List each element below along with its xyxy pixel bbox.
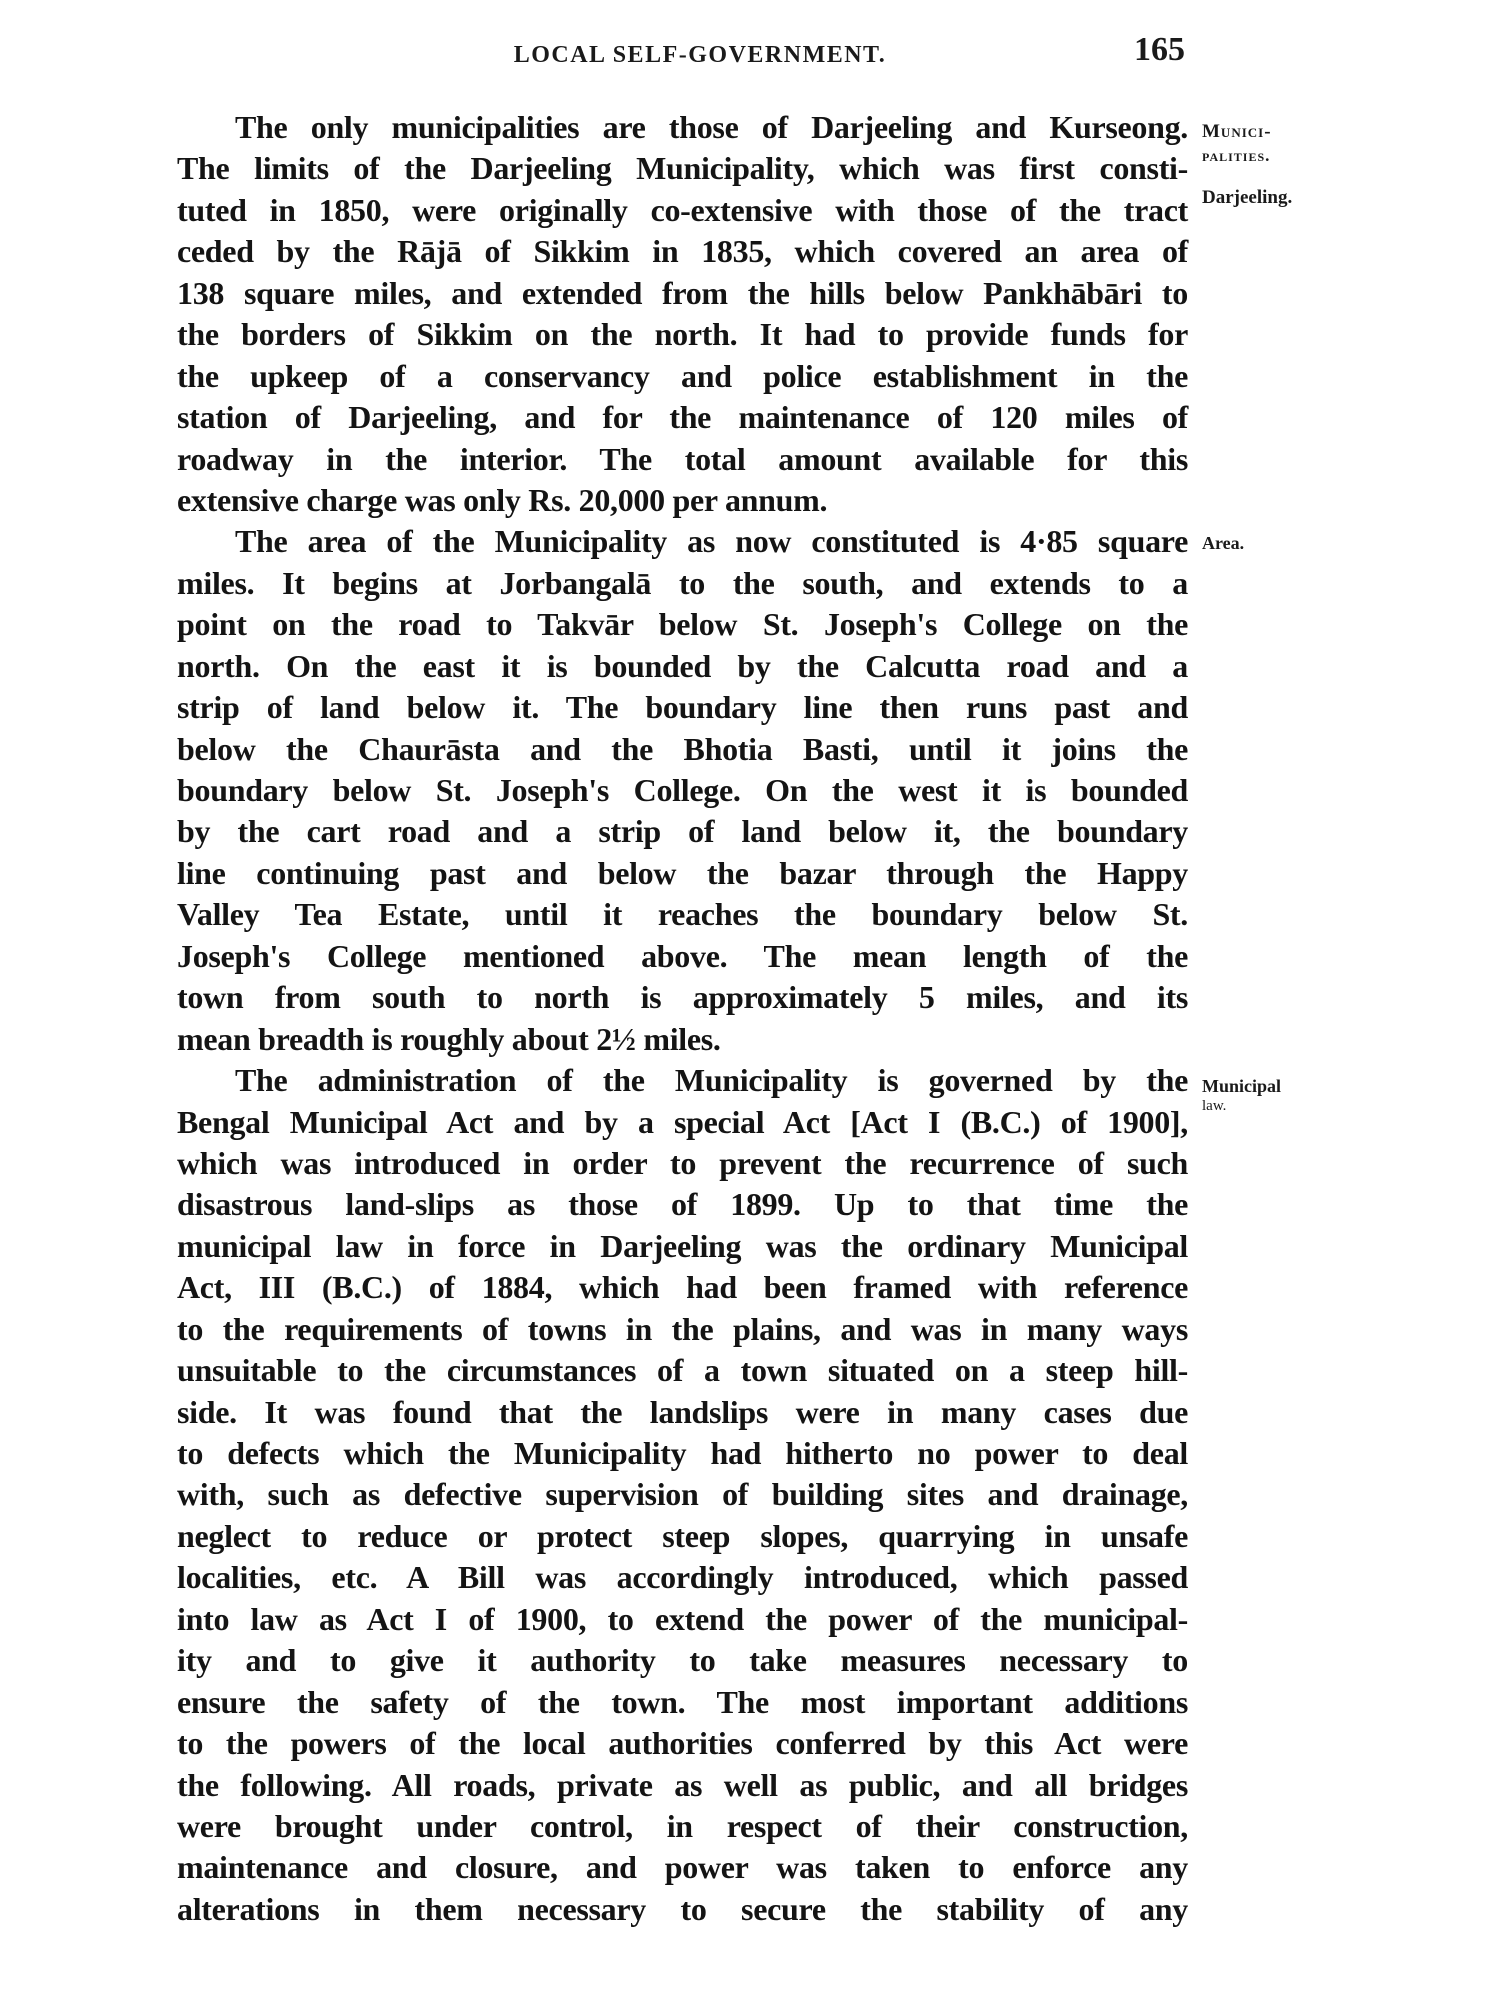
text-line: Bengal Municipal Act and by a special Ac… <box>177 1102 1188 1143</box>
text-line: the following. All roads, private as wel… <box>177 1765 1188 1806</box>
text-line: which was introduced in order to prevent… <box>177 1143 1188 1184</box>
sidenote-area: Area. <box>1202 531 1244 555</box>
text-line: tuted in 1850, were originally co-extens… <box>177 190 1188 231</box>
sidenote-darjeeling: Darjeeling. <box>1202 185 1292 211</box>
body-text: The only municipalities are those of Dar… <box>177 107 1188 1930</box>
text-line: with, such as defective supervision of b… <box>177 1474 1188 1515</box>
text-line: to the powers of the local authorities c… <box>177 1723 1188 1764</box>
sidenote-municipalities-line2: palities. <box>1202 144 1272 168</box>
sidenote-municipal-law-line1: Municipal <box>1202 1074 1281 1098</box>
paragraph-area: The area of the Municipality as now cons… <box>177 521 1188 1060</box>
text-line: to defects which the Municipality had hi… <box>177 1433 1188 1474</box>
sidenote-municipalities: Munici- palities. <box>1202 120 1272 168</box>
running-head-title: LOCAL SELF-GOVERNMENT. <box>500 40 900 70</box>
text-line: mean breadth is roughly about 2½ miles. <box>177 1019 1188 1060</box>
text-line: roadway in the interior. The total amoun… <box>177 439 1188 480</box>
text-line: ceded by the Rājā of Sikkim in 1835, whi… <box>177 231 1188 272</box>
sidenote-municipal-law: Municipal law. <box>1202 1074 1281 1114</box>
text-line: The limits of the Darjeeling Municipalit… <box>177 148 1188 189</box>
text-line: strip of land below it. The boundary lin… <box>177 687 1188 728</box>
text-line: The area of the Municipality as now cons… <box>177 521 1188 562</box>
text-line: into law as Act I of 1900, to extend the… <box>177 1599 1188 1640</box>
text-line: below the Chaurāsta and the Bhotia Basti… <box>177 729 1188 770</box>
text-line: point on the road to Takvār below St. Jo… <box>177 604 1188 645</box>
text-line: miles. It begins at Jorbangalā to the so… <box>177 563 1188 604</box>
text-line: The only municipalities are those of Dar… <box>177 107 1188 148</box>
text-line: disastrous land-slips as those of 1899. … <box>177 1184 1188 1225</box>
text-line: municipal law in force in Darjeeling was… <box>177 1226 1188 1267</box>
text-line: localities, etc. A Bill was accordingly … <box>177 1557 1188 1598</box>
text-line: alterations in them necessary to secure … <box>177 1889 1188 1930</box>
text-line: boundary below St. Joseph's College. On … <box>177 770 1188 811</box>
paragraph-municipalities: The only municipalities are those of Dar… <box>177 107 1188 521</box>
text-line: unsuitable to the circumstances of a tow… <box>177 1350 1188 1391</box>
text-line: ensure the safety of the town. The most … <box>177 1682 1188 1723</box>
book-page: LOCAL SELF-GOVERNMENT. 165 Munici- palit… <box>0 0 1500 2000</box>
text-line: Joseph's College mentioned above. The me… <box>177 936 1188 977</box>
text-line: neglect to reduce or protect steep slope… <box>177 1516 1188 1557</box>
text-line: extensive charge was only Rs. 20,000 per… <box>177 480 1188 521</box>
text-line: ity and to give it authority to take mea… <box>177 1640 1188 1681</box>
text-line: the upkeep of a conservancy and police e… <box>177 356 1188 397</box>
text-line: Valley Tea Estate, until it reaches the … <box>177 894 1188 935</box>
sidenote-municipalities-line1: Munici- <box>1202 120 1272 144</box>
text-line: Act, III (B.C.) of 1884, which had been … <box>177 1267 1188 1308</box>
text-line: line continuing past and below the bazar… <box>177 853 1188 894</box>
text-line: 138 square miles, and extended from the … <box>177 273 1188 314</box>
text-line: station of Darjeeling, and for the maint… <box>177 397 1188 438</box>
sidenote-municipal-law-line2: law. <box>1202 1098 1281 1114</box>
text-line: were brought under control, in respect o… <box>177 1806 1188 1847</box>
text-line: town from south to north is approximatel… <box>177 977 1188 1018</box>
text-line: to the requirements of towns in the plai… <box>177 1309 1188 1350</box>
text-line: The administration of the Municipality i… <box>177 1060 1188 1101</box>
text-line: side. It was found that the landslips we… <box>177 1392 1188 1433</box>
page-number: 165 <box>1134 30 1185 70</box>
text-line: north. On the east it is bounded by the … <box>177 646 1188 687</box>
paragraph-municipal-law: The administration of the Municipality i… <box>177 1060 1188 1930</box>
text-line: by the cart road and a strip of land bel… <box>177 811 1188 852</box>
text-line: maintenance and closure, and power was t… <box>177 1847 1188 1888</box>
text-line: the borders of Sikkim on the north. It h… <box>177 314 1188 355</box>
